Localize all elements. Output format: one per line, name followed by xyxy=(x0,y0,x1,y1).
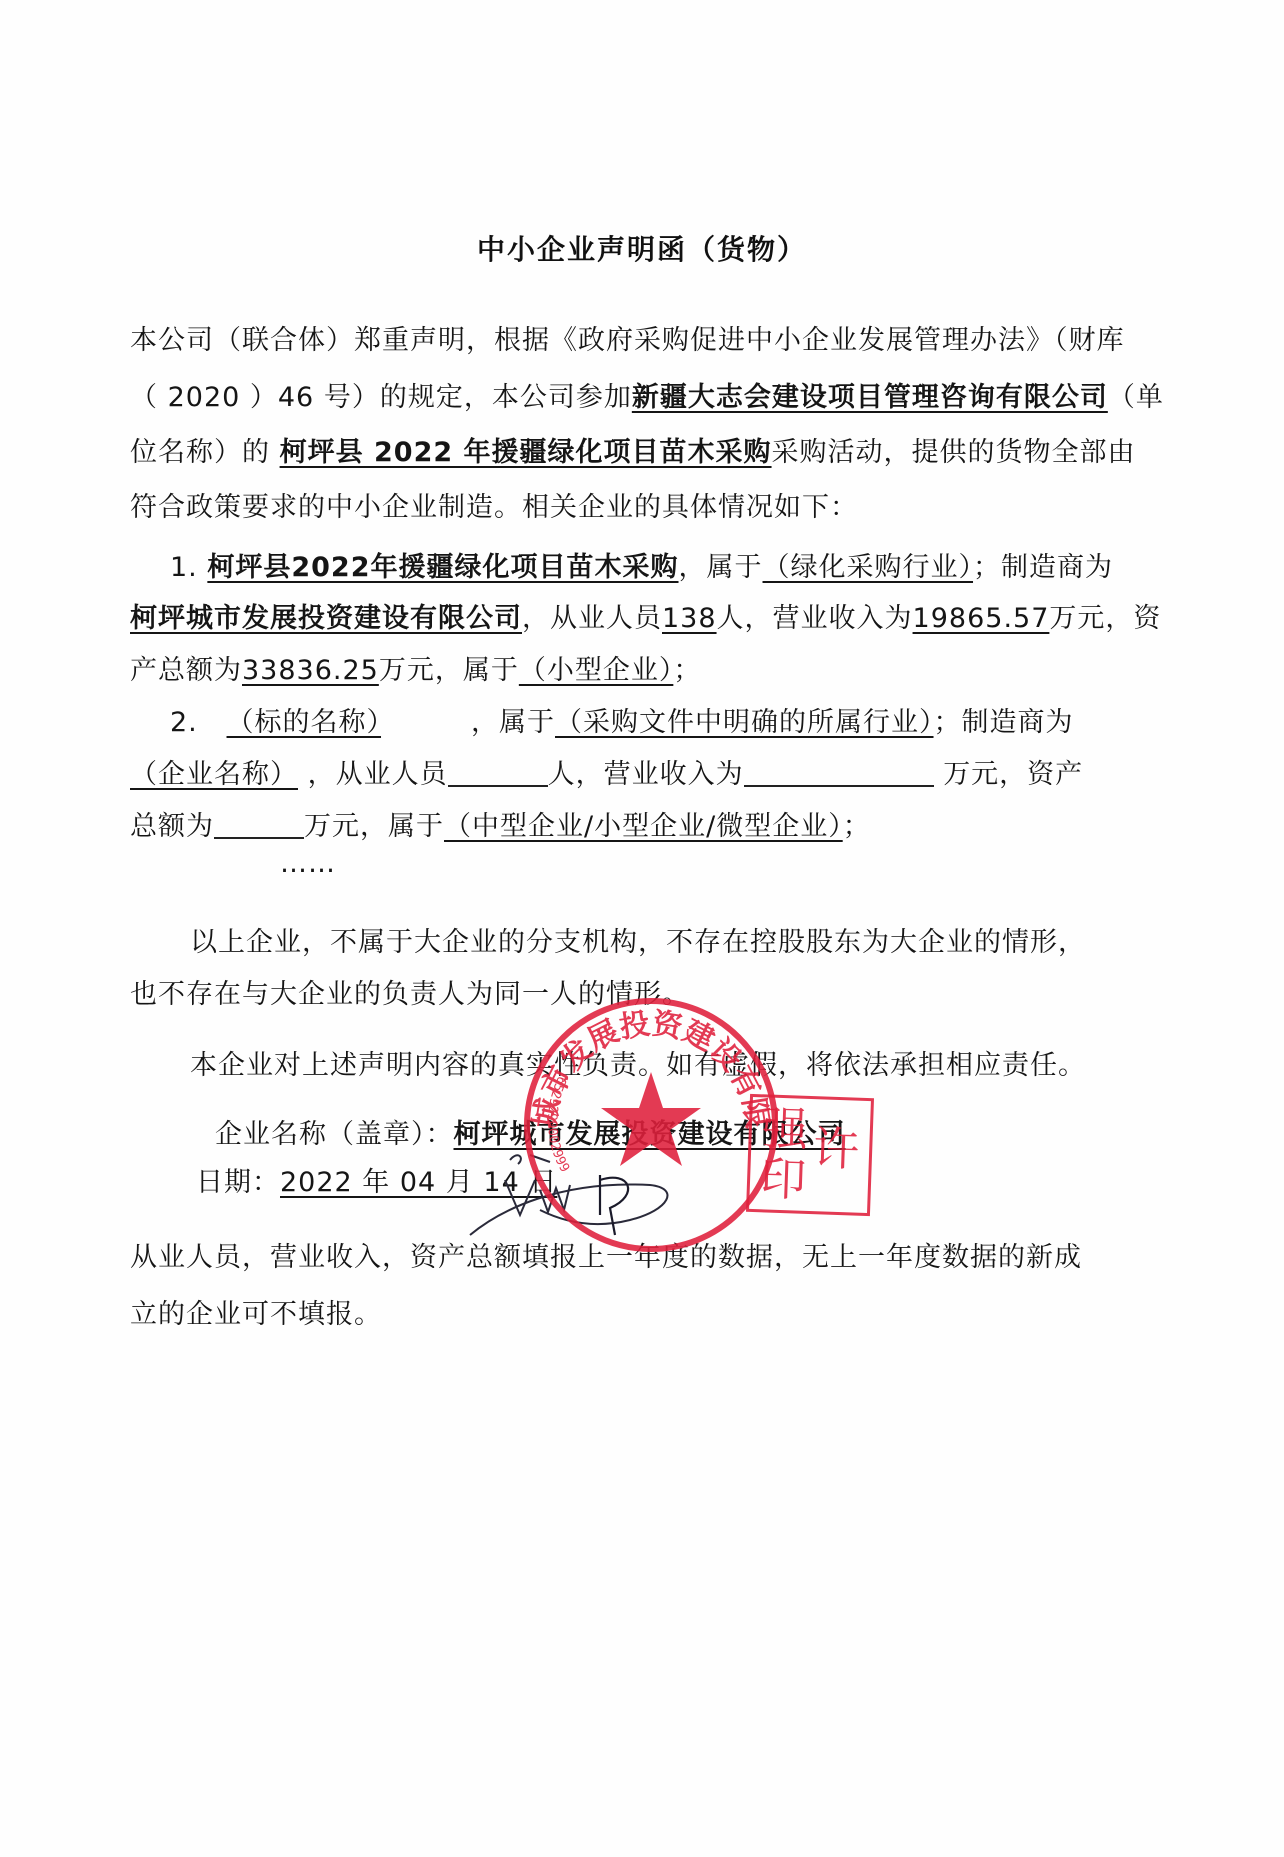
label: ，属于 xyxy=(679,552,763,583)
enterprise-size: （小型企业） xyxy=(519,655,674,686)
statement-1-line-2: 也不存在与大企业的负责人为同一人的情形。 xyxy=(130,972,690,1011)
intro-text: 本公司（联合体）郑重声明，根据《政府采购促进中小企业发展管理办法》（财库 xyxy=(130,325,1125,356)
label: ，从业人员 xyxy=(308,759,448,790)
document-title: 中小企业声明函（货物） xyxy=(0,228,1284,268)
item-industry: （绿化采购行业） xyxy=(763,552,974,583)
label: 总额为 xyxy=(130,811,214,842)
item-2-line-3: 总额为万元，属于（中型企业/小型企业/微型企业）； xyxy=(130,804,871,843)
item-number: 1. xyxy=(170,552,198,583)
intro-text: 符合政策要求的中小企业制造。相关企业的具体情况如下： xyxy=(130,492,858,523)
item-2-line-1: 2. （标的名称），属于（采购文件中明确的所属行业）；制造商为 xyxy=(170,700,1074,739)
item-subject-placeholder: （标的名称） xyxy=(227,707,472,738)
enterprise-size-options: （中型企业/小型企业/微型企业） xyxy=(444,811,843,842)
regulation-reference: （ 2020 ）46 号）的规定，本公司参加 xyxy=(130,382,632,413)
label: 人，营业收入为 xyxy=(548,759,744,790)
label: ；制造商为 xyxy=(973,552,1113,583)
manufacturer-name: 柯坪城市发展投资建设有限公司 xyxy=(130,603,522,634)
assets-blank xyxy=(214,813,304,839)
label: ；制造商为 xyxy=(934,707,1074,738)
purchaser-name: 新疆大志会建设项目管理咨询有限公司 xyxy=(632,382,1108,413)
statement-1-line-1: 以上企业，不属于大企业的分支机构，不存在控股股东为大企业的情形， xyxy=(190,920,1086,959)
date-line: 日期：2022 年 04 月 14 日 xyxy=(196,1160,557,1199)
note-line-2: 立的企业可不填报。 xyxy=(130,1292,382,1331)
intro-line-4: 符合政策要求的中小企业制造。相关企业的具体情况如下： xyxy=(130,485,858,524)
intro-line-2: （ 2020 ）46 号）的规定，本公司参加新疆大志会建设项目管理咨询有限公司（… xyxy=(130,375,1164,414)
label: 产总额为 xyxy=(130,655,242,686)
label: 万元，资 xyxy=(1049,603,1161,634)
item-1-line-2: 柯坪城市发展投资建设有限公司，从业人员138人，营业收入为19865.57万元，… xyxy=(130,596,1161,635)
revenue-blank xyxy=(744,761,934,787)
label: 万元，属于 xyxy=(379,655,519,686)
employees-blank xyxy=(448,761,548,787)
manufacturer-placeholder: （企业名称） xyxy=(130,759,298,790)
item-1-line-3: 产总额为33836.25万元，属于（小型企业）； xyxy=(130,648,701,687)
intro-text: 位名称）的 xyxy=(130,437,280,468)
statement-2: 本企业对上述声明内容的真实性负责。如有虚假，将依法承担相应责任。 xyxy=(190,1043,1086,1082)
intro-line-1: 本公司（联合体）郑重声明，根据《政府采购促进中小企业发展管理办法》（财库 xyxy=(130,318,1125,357)
personal-seal-char: 印 xyxy=(759,1155,807,1203)
intro-text: 采购活动，提供的货物全部由 xyxy=(772,437,1136,468)
date-label: 日期： xyxy=(196,1167,280,1198)
document-page: 中小企业声明函（货物） 本公司（联合体）郑重声明，根据《政府采购促进中小企业发展… xyxy=(0,0,1284,1857)
item-number: 2. xyxy=(170,707,198,738)
note-line-1: 从业人员，营业收入，资产总额填报上一年度的数据，无上一年度数据的新成 xyxy=(130,1235,1082,1274)
label: ； xyxy=(673,655,701,686)
company-name: 柯坪城市发展投资建设有限公司 xyxy=(454,1119,846,1150)
label: ； xyxy=(843,811,871,842)
item-2-line-2: （企业名称） ，从业人员人，营业收入为 万元，资产 xyxy=(130,752,1083,791)
project-name: 柯坪县 2022 年援疆绿化项目苗木采购 xyxy=(280,437,772,468)
ellipsis: …… xyxy=(280,848,336,879)
label: 人，营业收入为 xyxy=(717,603,913,634)
employee-count: 138 xyxy=(662,603,717,634)
assets-value: 33836.25 xyxy=(242,655,379,686)
label: 万元，属于 xyxy=(304,811,444,842)
company-label: 企业名称（盖章）： xyxy=(215,1119,454,1150)
label: 万元，资产 xyxy=(943,759,1083,790)
label: ，从业人员 xyxy=(522,603,662,634)
intro-line-3: 位名称）的 柯坪县 2022 年援疆绿化项目苗木采购采购活动，提供的货物全部由 xyxy=(130,430,1136,469)
date-value: 2022 年 04 月 14 日 xyxy=(280,1167,557,1198)
item-industry-placeholder: （采购文件中明确的所属行业） xyxy=(555,707,934,738)
item-1-line-1: 1. 柯坪县2022年援疆绿化项目苗木采购，属于（绿化采购行业）；制造商为 xyxy=(170,545,1113,584)
intro-text: （单 xyxy=(1108,382,1164,413)
revenue-value: 19865.57 xyxy=(913,603,1050,634)
item-subject: 柯坪县2022年援疆绿化项目苗木采购 xyxy=(207,552,678,583)
company-stamp-line: 企业名称（盖章）：柯坪城市发展投资建设有限公司 xyxy=(215,1112,846,1151)
label: ，属于 xyxy=(471,707,555,738)
